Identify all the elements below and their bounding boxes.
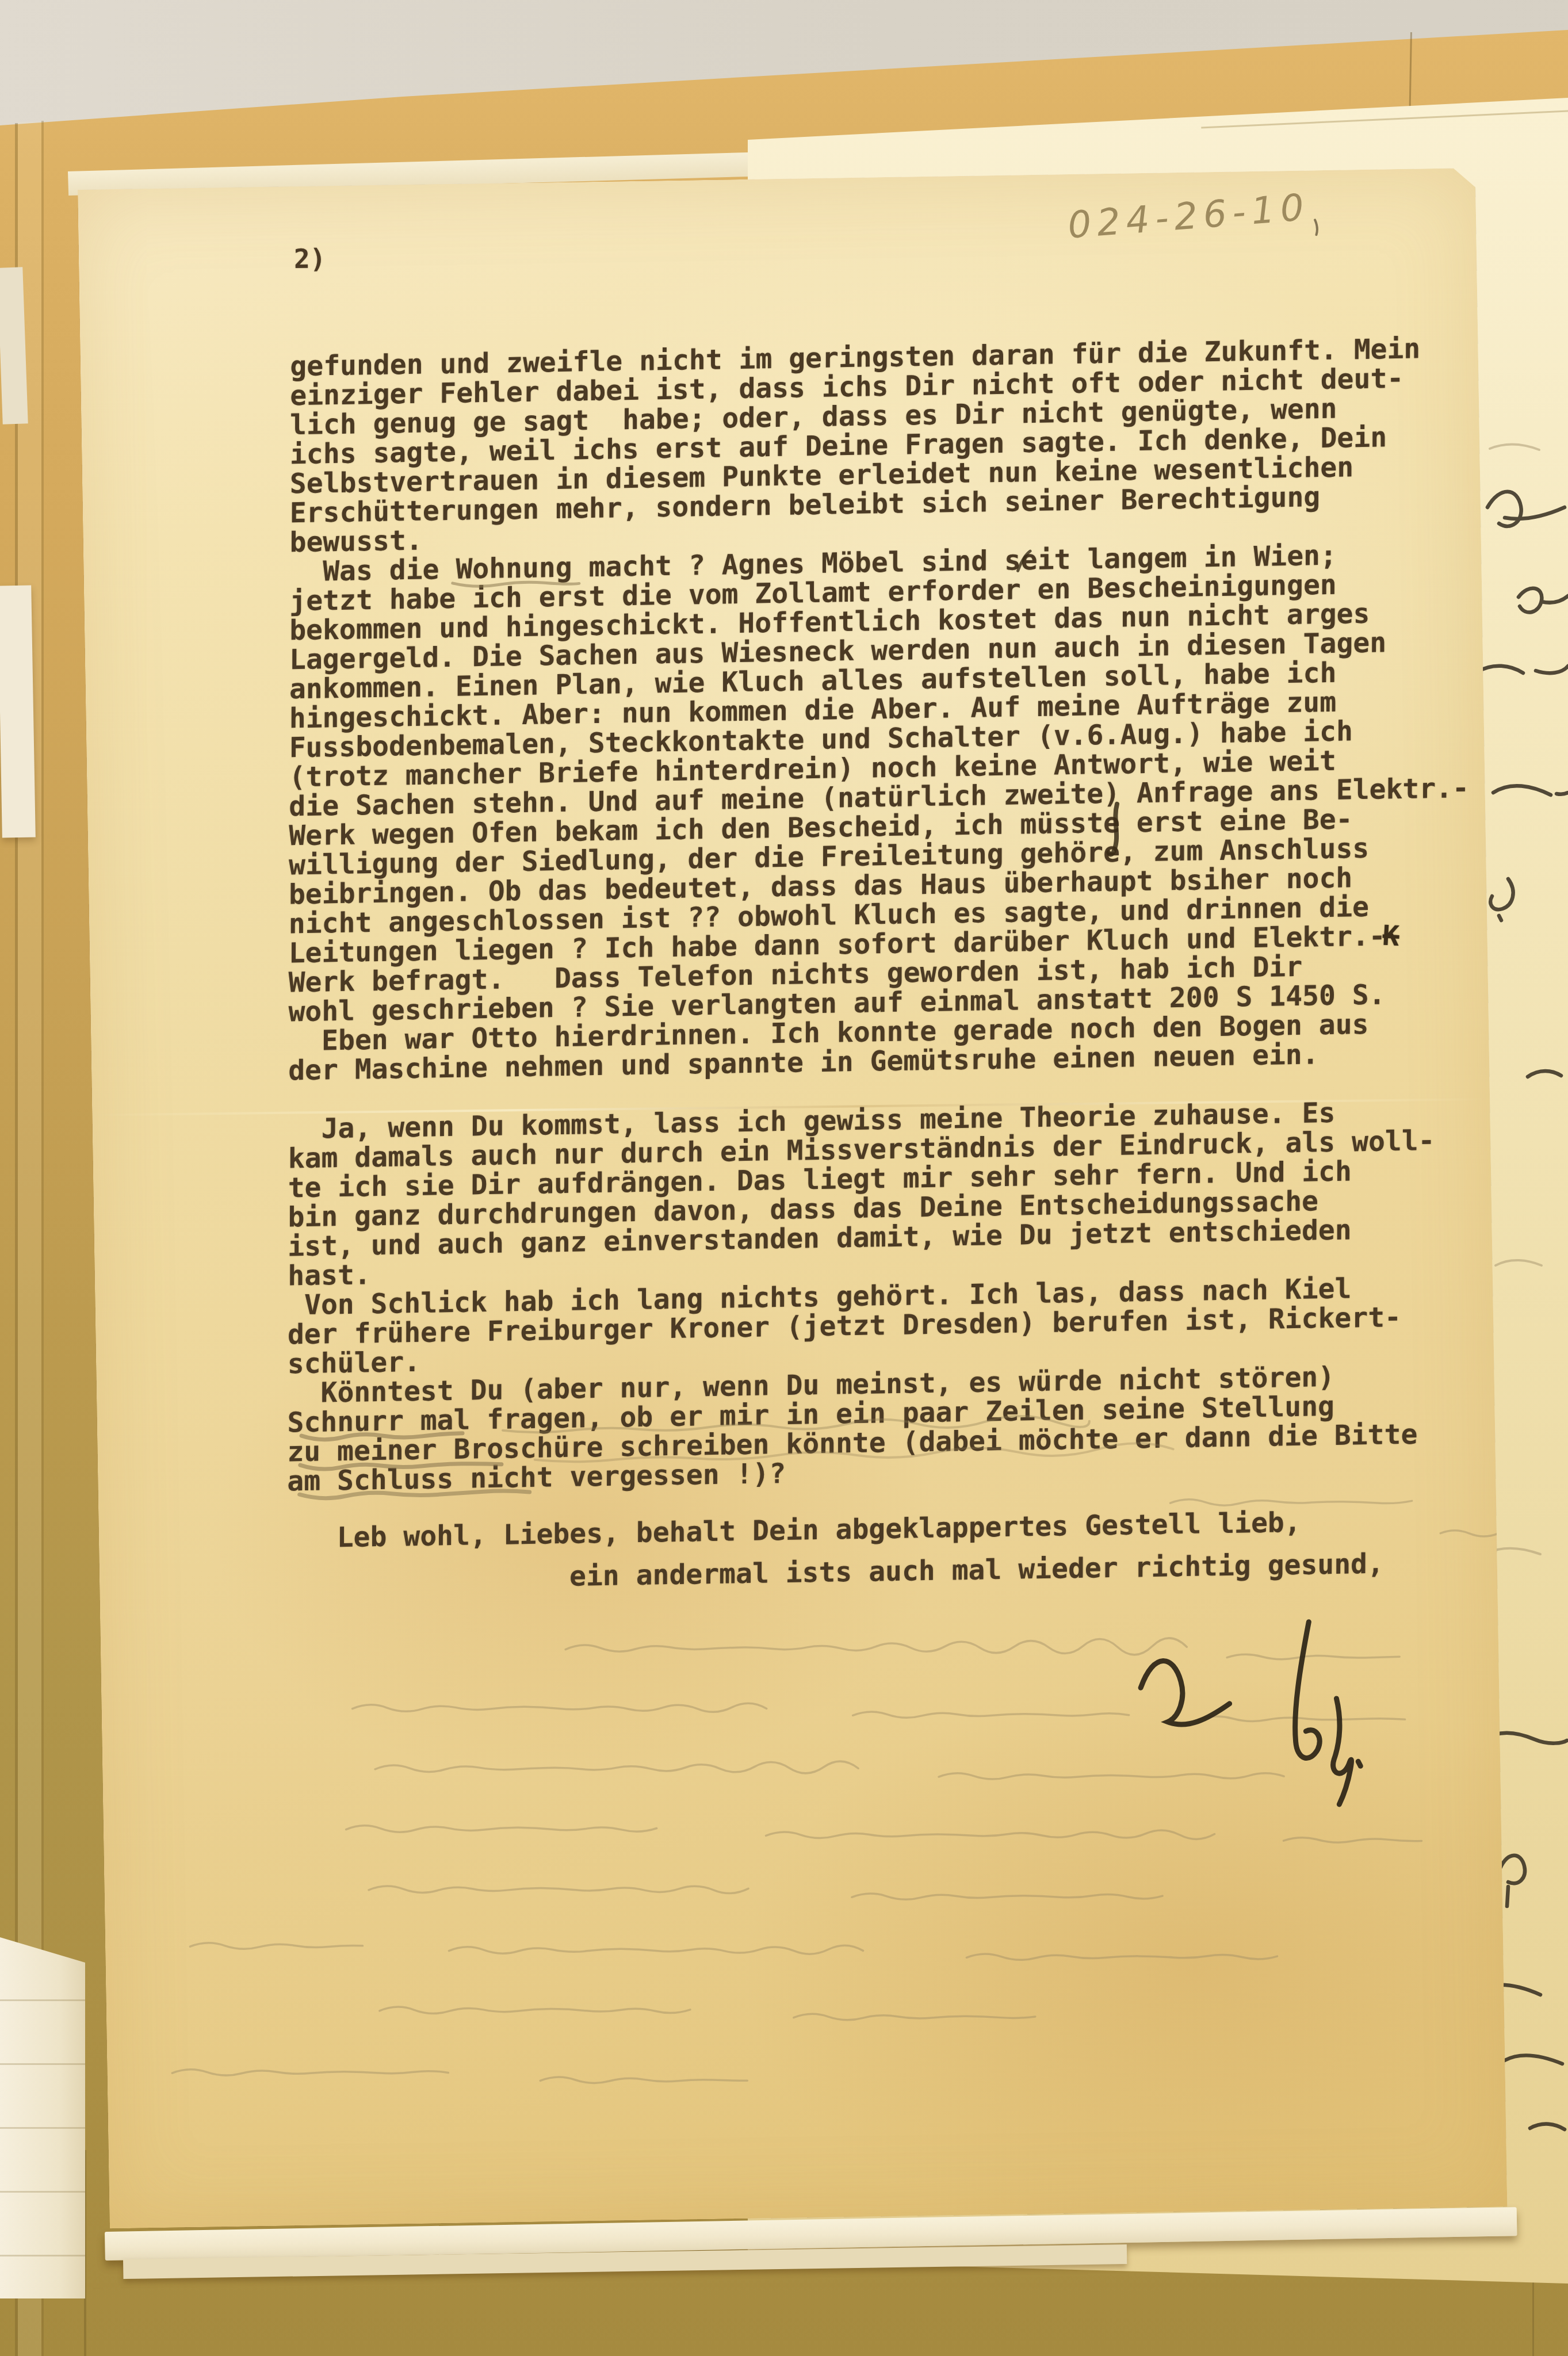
- struck-letter: K: [1382, 921, 1400, 951]
- photo-of-letter: 2) 024-26-10 gefunden und zweifle nicht …: [0, 0, 1568, 2356]
- page-number: 2): [294, 243, 326, 274]
- signature-ink: [1139, 1621, 1361, 1807]
- letter-closing: Leb wohl, Liebes, behalt Dein abgeklappe…: [287, 1498, 1467, 1602]
- letter-body: gefunden und zweifle nicht im geringsten…: [287, 334, 1470, 1602]
- letter-page: 2) 024-26-10 gefunden und zweifle nicht …: [78, 168, 1507, 2229]
- paper-stack-bottom-left: [0, 1937, 85, 2298]
- archival-number-note: 024-26-10: [1066, 186, 1311, 247]
- sheet-corner-left: [0, 586, 36, 838]
